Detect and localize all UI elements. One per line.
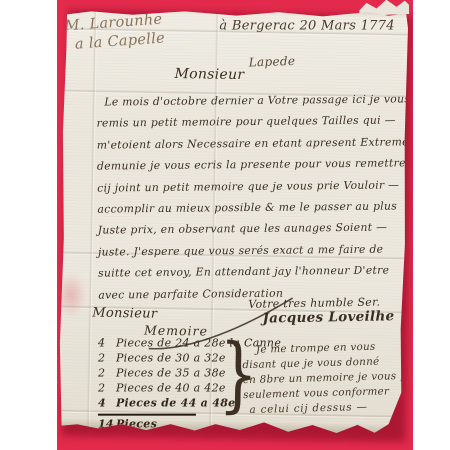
red-background: M. Larounhe a la Capelle à Bergerac 20 M… bbox=[57, 0, 413, 450]
fold-crease bbox=[86, 6, 97, 430]
letter-photo-canvas: M. Larounhe a la Capelle à Bergerac 20 M… bbox=[0, 0, 450, 450]
memo-qty: 2 bbox=[98, 366, 111, 381]
memo-desc: Pieces de 35 a 38e bbox=[116, 367, 226, 380]
signature-block: Votre tres humble Ser. Jacques Loveilhe bbox=[248, 295, 394, 327]
memo-qty: 2 bbox=[98, 351, 111, 366]
docket-note: Lapede bbox=[249, 54, 296, 70]
memo-qty: 4 bbox=[98, 396, 111, 411]
sender-address: M. Larounhe a la Capelle bbox=[64, 10, 166, 55]
letter-body: Le mois d'octobre dernier a Votre passag… bbox=[96, 88, 413, 306]
memo-desc: Pieces de 30 a 32e bbox=[116, 352, 226, 365]
body-line: suitte cet envoy, En attendant jay l'hon… bbox=[98, 259, 413, 284]
memo-qty: 4 bbox=[98, 336, 111, 351]
letter-paper: M. Larounhe a la Capelle à Bergerac 20 M… bbox=[57, 5, 410, 435]
red-stain bbox=[57, 273, 87, 318]
memoire-addressee: Monsieur bbox=[92, 306, 157, 322]
dateline: à Bergerac 20 Mars 1774 bbox=[219, 18, 394, 33]
body-line: demunie je vous ecris la presente pour v… bbox=[97, 152, 413, 177]
salutation: Monsieur bbox=[174, 66, 244, 83]
body-line: Juste prix, en observant que les aunages… bbox=[98, 216, 413, 241]
memo-desc: Pieces de 40 a 42e bbox=[116, 382, 226, 395]
body-line: remis un petit memoire pour quelques Tai… bbox=[96, 109, 413, 134]
signature-name: Jacques Loveilhe bbox=[262, 308, 394, 326]
memoire-side-note: Je me trompe en vous disant que je vous … bbox=[242, 338, 413, 418]
memo-qty: 2 bbox=[98, 381, 111, 396]
